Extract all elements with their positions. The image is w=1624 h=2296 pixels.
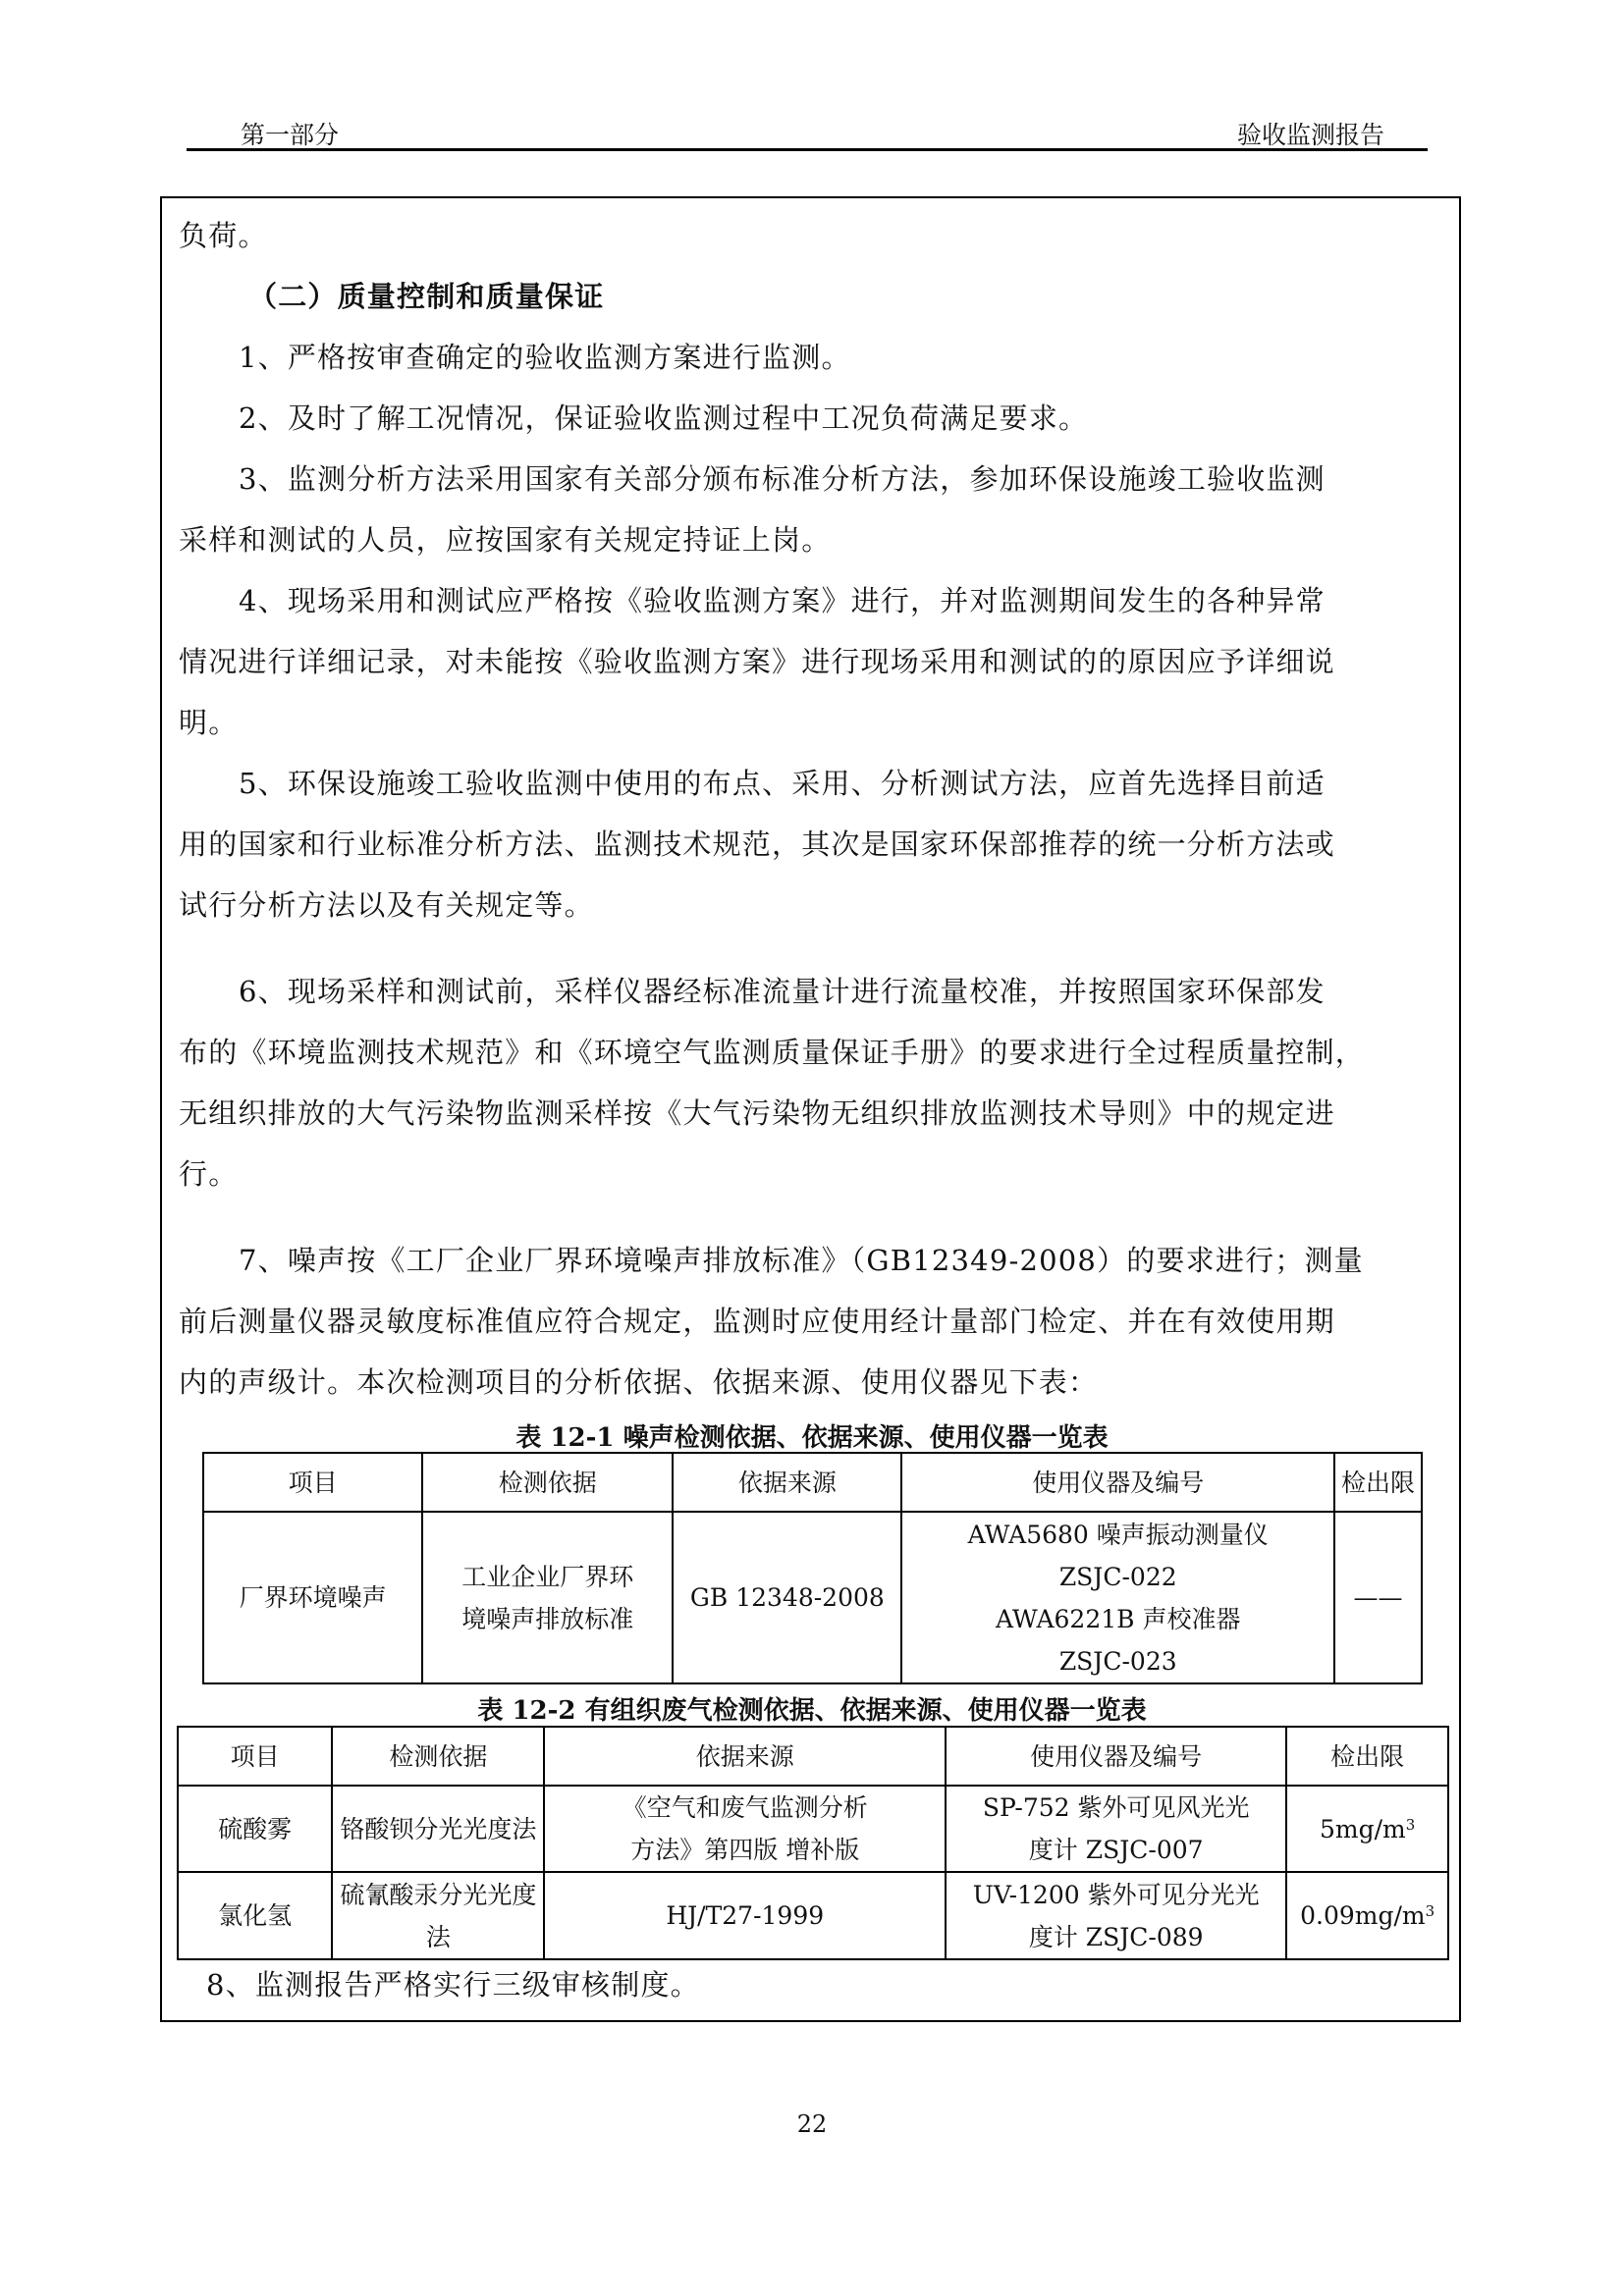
limit-exponent: 3 <box>1406 1816 1416 1834</box>
table1-basis-line: 境噪声排放标准 <box>427 1598 668 1640</box>
item-5-line-3: 试行分析方法以及有关规定等。 <box>179 885 1455 925</box>
continuation-text: 负荷。 <box>179 216 1455 255</box>
table1-header-cell: 使用仪器及编号 <box>901 1453 1334 1512</box>
item-7-line-3: 内的声级计。本次检测项目的分析依据、依据来源、使用仪器见下表： <box>179 1362 1455 1402</box>
item-7-line-1: 7、噪声按《工厂企业厂界环境噪声排放标准》（GB12349-2008）的要求进行… <box>239 1241 1515 1280</box>
table2-source-cell: 《空气和废气监测分析 方法》第四版 增补版 <box>544 1786 946 1872</box>
table1-header-row: 项目 检测依据 依据来源 使用仪器及编号 检出限 <box>203 1453 1422 1512</box>
section-heading: （二）质量控制和质量保证 <box>248 277 1525 316</box>
item-5-line-2: 用的国家和行业标准分析方法、监测技术规范，其次是国家环保部推荐的统一分析方法或 <box>179 825 1455 864</box>
limit-exponent: 3 <box>1426 1902 1435 1920</box>
table2-exhaust-gas: 项目 检测依据 依据来源 使用仪器及编号 检出限 硫酸雾 铬酸钡分光光度法 《空… <box>177 1726 1449 1960</box>
table2-source-line: 《空气和废气监测分析 <box>549 1787 941 1829</box>
header-section-label: 第一部分 <box>241 116 339 151</box>
table1-header-cell: 检出限 <box>1334 1453 1422 1512</box>
table2-instrument-cell: UV-1200 紫外可见分光光 度计 ZSJC-089 <box>946 1872 1286 1959</box>
item-7-line-2: 前后测量仪器灵敏度标准值应符合规定，监测时应使用经计量部门检定、并在有效使用期 <box>179 1302 1455 1341</box>
table1-item-cell: 厂界环境噪声 <box>203 1512 422 1683</box>
table1-header-cell: 项目 <box>203 1453 422 1512</box>
table2-header-cell: 依据来源 <box>544 1727 946 1786</box>
table-row: 厂界环境噪声 工业企业厂界环 境噪声排放标准 GB 12348-2008 AWA… <box>203 1512 1422 1683</box>
table2-basis-cell: 铬酸钡分光光度法 <box>332 1786 544 1872</box>
table2-limit-cell: 5mg/m3 <box>1286 1786 1448 1872</box>
table1-instrument-line: AWA6221B 声校准器 <box>906 1598 1329 1640</box>
table2-source-line: HJ/T27-1999 <box>549 1895 941 1937</box>
table2-instrument-cell: SP-752 紫外可见风光光 度计 ZSJC-007 <box>946 1786 1286 1872</box>
table2-header-cell: 检测依据 <box>332 1727 544 1786</box>
table2-header-row: 项目 检测依据 依据来源 使用仪器及编号 检出限 <box>178 1727 1448 1786</box>
table1-basis-cell: 工业企业厂界环 境噪声排放标准 <box>422 1512 673 1683</box>
item-4-line-3: 明。 <box>179 703 1455 742</box>
table2-header-cell: 检出限 <box>1286 1727 1448 1786</box>
table1-limit-cell: —— <box>1334 1512 1422 1683</box>
limit-value: 5mg/m <box>1320 1815 1406 1843</box>
table1-caption: 表 12-1 噪声检测依据、依据来源、使用仪器一览表 <box>0 1417 1624 1454</box>
table1-source-cell: GB 12348-2008 <box>673 1512 901 1683</box>
header-rule <box>187 148 1428 151</box>
table2-basis-cell: 硫氰酸汞分光光度法 <box>332 1872 544 1959</box>
table2-header-cell: 项目 <box>178 1727 332 1786</box>
table1-noise: 项目 检测依据 依据来源 使用仪器及编号 检出限 厂界环境噪声 工业企业厂界环 … <box>202 1452 1423 1684</box>
table1-instrument-cell: AWA5680 噪声振动测量仪 ZSJC-022 AWA6221B 声校准器 Z… <box>901 1512 1334 1683</box>
limit-value: 0.09mg/m <box>1300 1901 1426 1930</box>
table2-instrument-line: 度计 ZSJC-089 <box>950 1916 1281 1958</box>
item-6-line-1: 6、现场采样和测试前，采样仪器经标准流量计进行流量校准，并按照国家环保部发 <box>239 972 1515 1011</box>
item-6-line-2: 布的《环境监测技术规范》和《环境空气监测质量保证手册》的要求进行全过程质量控制， <box>179 1033 1455 1072</box>
item-3-line-1: 3、监测分析方法采用国家有关部分颁布标准分析方法，参加环保设施竣工验收监测 <box>239 459 1515 499</box>
header-report-title: 验收监测报告 <box>1237 116 1384 151</box>
table1-basis-line: 工业企业厂界环 <box>427 1556 668 1598</box>
item-1-line-1: 1、严格按审查确定的验收监测方案进行监测。 <box>239 338 1515 377</box>
item-4-line-1: 4、现场采用和测试应严格按《验收监测方案》进行，并对监测期间发生的各种异常 <box>239 581 1515 620</box>
item-8-line-1: 8、监测报告严格实行三级审核制度。 <box>206 1965 1483 2004</box>
table2-source-cell: HJ/T27-1999 <box>544 1872 946 1959</box>
table2-instrument-line: UV-1200 紫外可见分光光 <box>950 1874 1281 1916</box>
item-5-line-1: 5、环保设施竣工验收监测中使用的布点、采用、分析测试方法，应首先选择目前适 <box>239 764 1515 803</box>
table1-header-cell: 检测依据 <box>422 1453 673 1512</box>
item-3-line-2: 采样和测试的人员，应按国家有关规定持证上岗。 <box>179 520 1455 560</box>
table2-caption: 表 12-2 有组织废气检测依据、依据来源、使用仪器一览表 <box>0 1690 1624 1727</box>
item-6-line-3: 无组织排放的大气污染物监测采样按《大气污染物无组织排放监测技术导则》中的规定进 <box>179 1094 1455 1133</box>
table2-header-cell: 使用仪器及编号 <box>946 1727 1286 1786</box>
table1-instrument-line: ZSJC-022 <box>906 1556 1329 1598</box>
item-6-line-4: 行。 <box>179 1154 1455 1194</box>
table2-instrument-line: 度计 ZSJC-007 <box>950 1829 1281 1871</box>
table2-limit-cell: 0.09mg/m3 <box>1286 1872 1448 1959</box>
table1-header-cell: 依据来源 <box>673 1453 901 1512</box>
page-number: 22 <box>0 2110 1624 2138</box>
table2-instrument-line: SP-752 紫外可见风光光 <box>950 1787 1281 1829</box>
table-row: 氯化氢 硫氰酸汞分光光度法 HJ/T27-1999 UV-1200 紫外可见分光… <box>178 1872 1448 1959</box>
table2-item-cell: 氯化氢 <box>178 1872 332 1959</box>
table2-item-cell: 硫酸雾 <box>178 1786 332 1872</box>
table1-instrument-line: ZSJC-023 <box>906 1640 1329 1682</box>
table2-source-line: 方法》第四版 增补版 <box>549 1829 941 1871</box>
table1-instrument-line: AWA5680 噪声振动测量仪 <box>906 1514 1329 1556</box>
item-2-line-1: 2、及时了解工况情况，保证验收监测过程中工况负荷满足要求。 <box>239 399 1515 438</box>
table-row: 硫酸雾 铬酸钡分光光度法 《空气和废气监测分析 方法》第四版 增补版 SP-75… <box>178 1786 1448 1872</box>
item-4-line-2: 情况进行详细记录，对未能按《验收监测方案》进行现场采用和测试的的原因应予详细说 <box>179 642 1455 681</box>
